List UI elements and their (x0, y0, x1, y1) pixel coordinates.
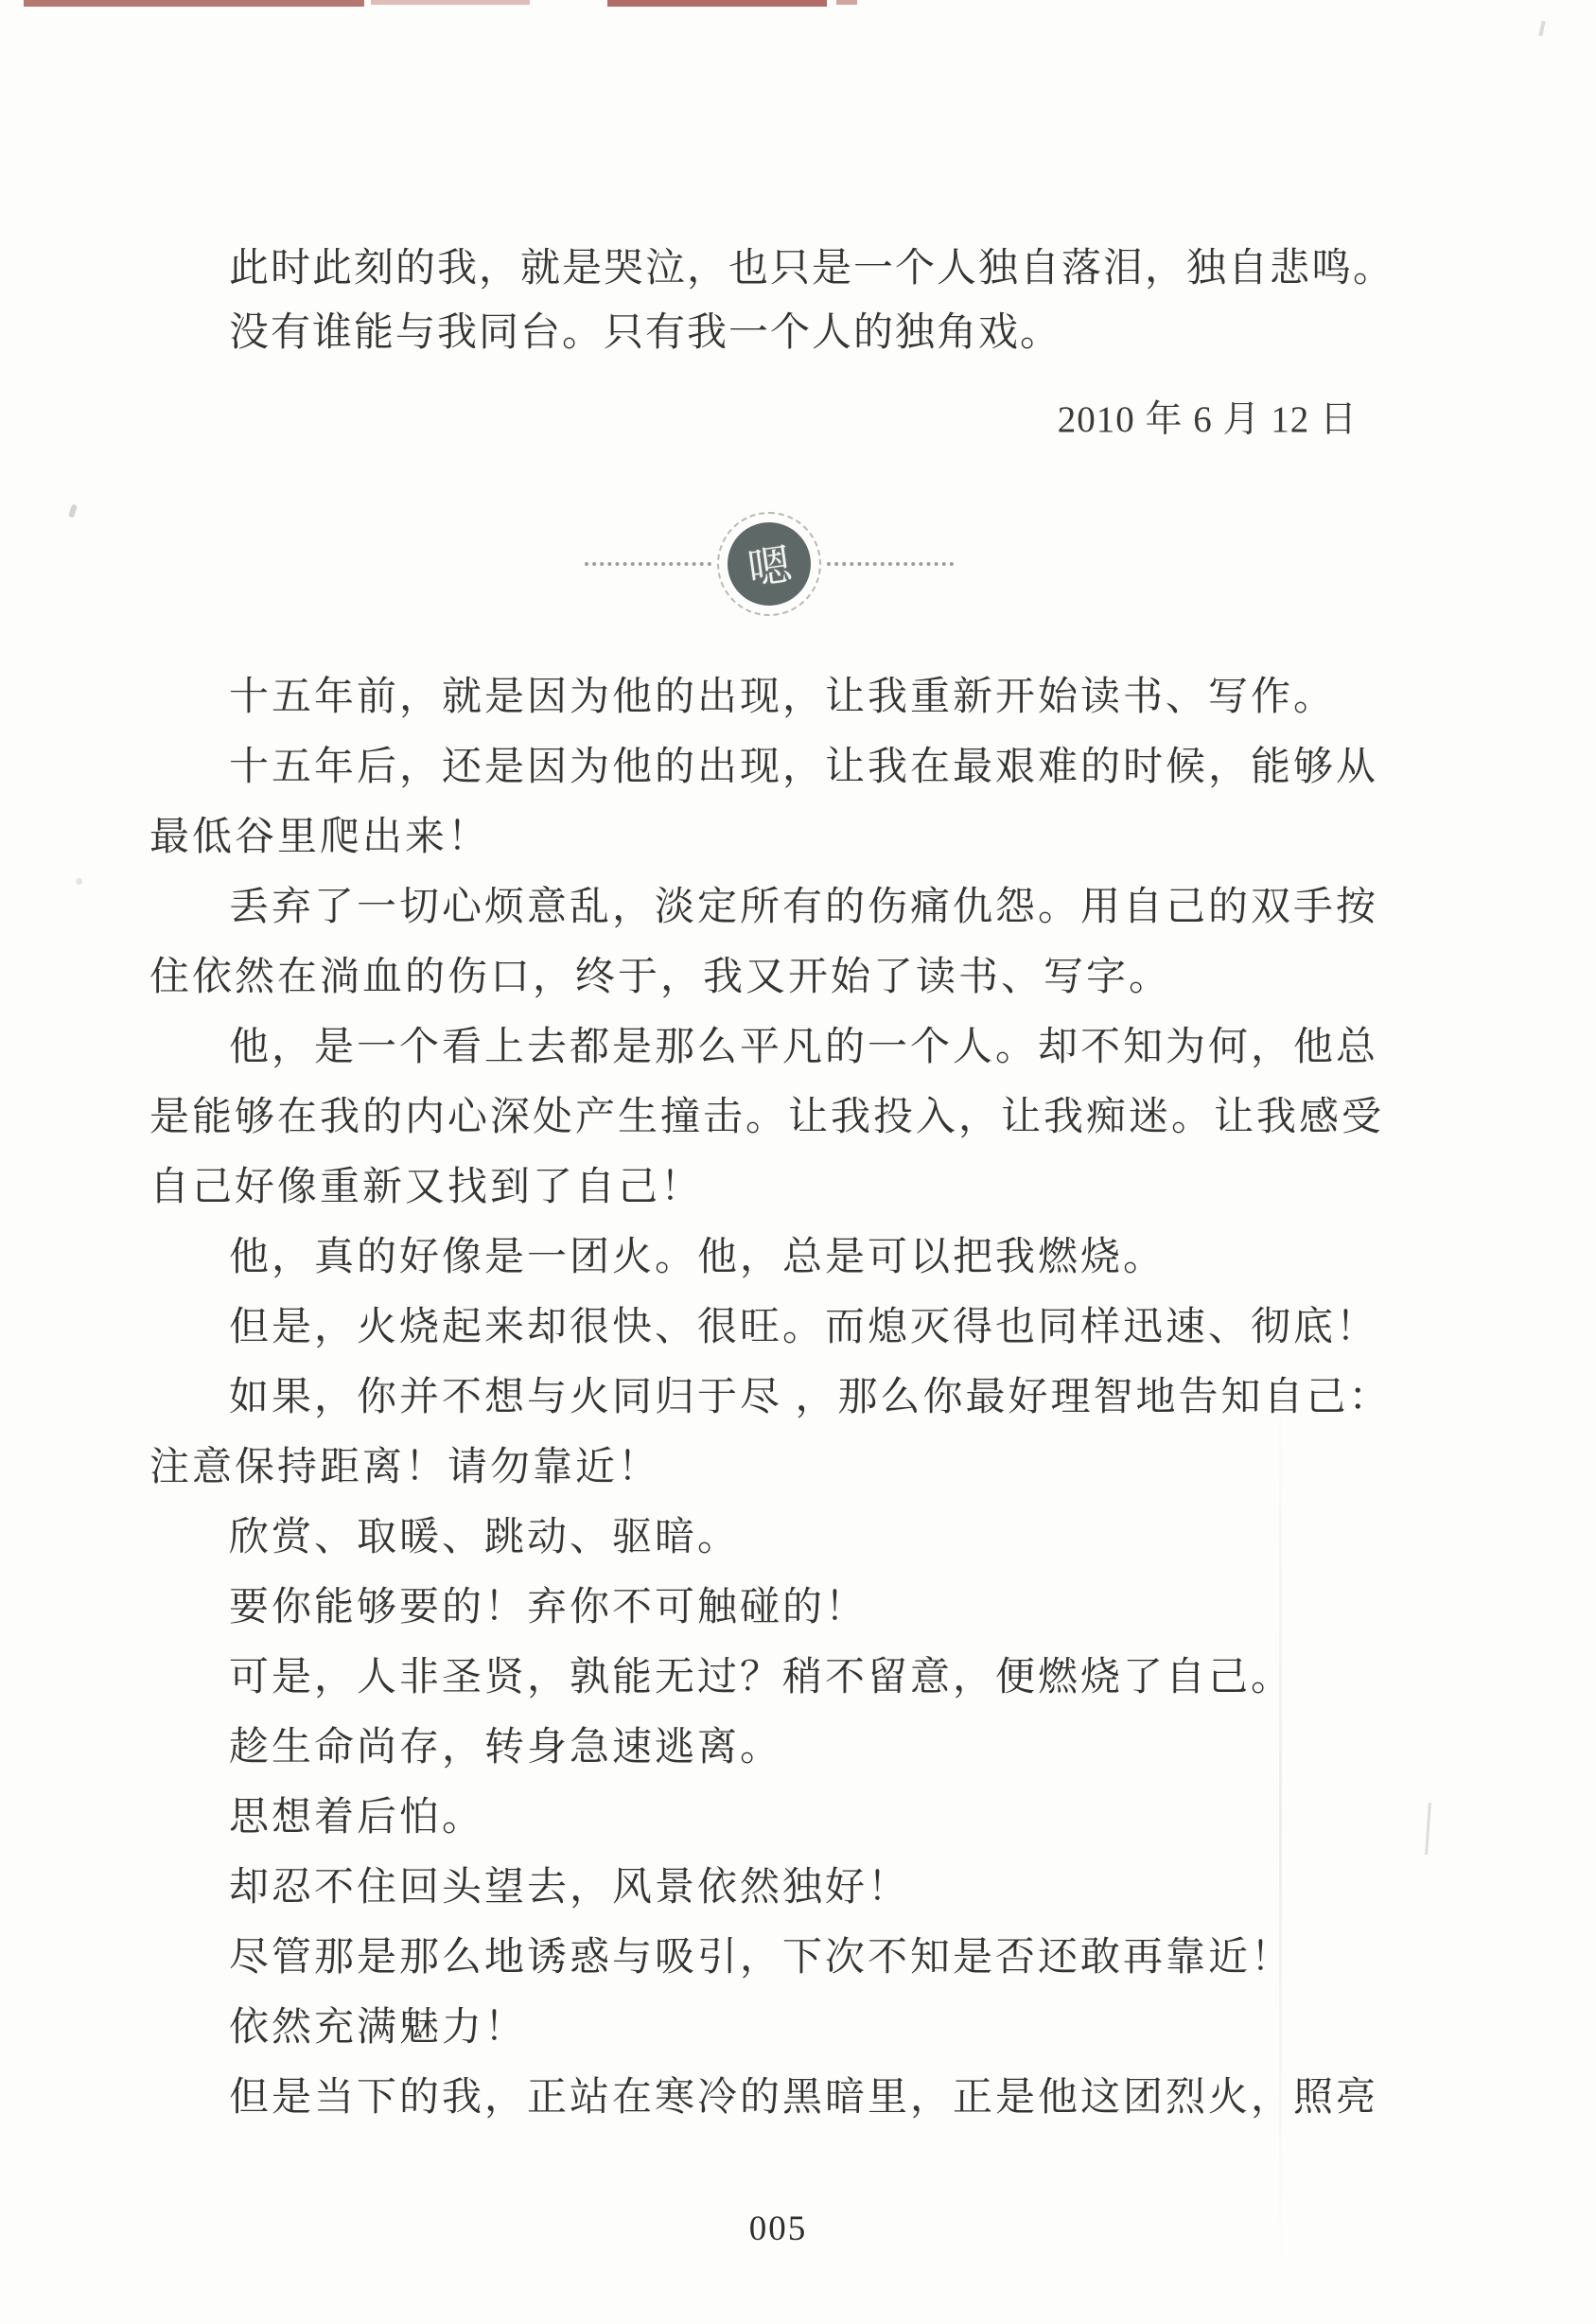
page-number: 005 (0, 2209, 1556, 2249)
scan-artifact (1425, 1803, 1431, 1855)
paragraph-line: 思想着后怕。 (149, 1783, 1384, 1853)
entry-date: 2010 年 6 月 12 日 (1058, 390, 1358, 443)
paragraph-line: 最低谷里爬出来！ (149, 802, 1384, 872)
paragraph-line: 却忍不住回头望去，风景依然独好！ (149, 1853, 1384, 1923)
scan-artifact (24, 0, 364, 7)
paragraph-line: 要你能够要的！弃你不可触碰的！ (149, 1573, 1384, 1643)
paragraph-line: 丢弃了一切心烦意乱，淡定所有的伤痛仇怨。用自己的双手按 (149, 872, 1384, 942)
divider-stamp-ring: 嗯 (717, 512, 821, 616)
paragraph-line: 依然充满魅力！ (149, 1993, 1384, 2063)
paragraph-line: 没有谁能与我同台。只有我一个人的独角戏。 (149, 301, 1379, 365)
paragraph-line: 但是当下的我，正站在寒冷的黑暗里，正是他这团烈火，照亮 (149, 2063, 1384, 2133)
paragraph-line: 尽管那是那么地诱惑与吸引，下次不知是否还敢再靠近！ (149, 1923, 1384, 1993)
paragraph-line: 十五年后，还是因为他的出现，让我在最艰难的时候，能够从 (149, 732, 1384, 802)
paragraph-line: 他，是一个看上去都是那么平凡的一个人。却不知为何，他总 (149, 1012, 1384, 1083)
paragraph-line: 注意保持距离！请勿靠近！ (149, 1433, 1384, 1503)
scan-artifact (607, 0, 827, 7)
paragraph-line: 他，真的好像是一团火。他，总是可以把我燃烧。 (149, 1223, 1384, 1293)
divider-stamp-label: 嗯 (744, 530, 796, 598)
paragraph-line: 如果，你并不想与火同归于尽 ，那么你最好理智地告知自己： (149, 1363, 1384, 1433)
scan-artifact (371, 0, 530, 5)
paragraph-line: 欣赏、取暖、跳动、驱暗。 (149, 1503, 1384, 1573)
divider-stamp-circle: 嗯 (728, 522, 811, 606)
divider-dotted-line (585, 562, 711, 566)
previous-entry-closing: 此时此刻的我，就是哭泣，也只是一个人独自落泪，独自悲鸣。 没有谁能与我同台。只有… (149, 237, 1379, 365)
paragraph-line: 但是，火烧起来却很快、很旺。而熄灭得也同样迅速、彻底！ (149, 1293, 1384, 1363)
paragraph-line: 此时此刻的我，就是哭泣，也只是一个人独自落泪，独自悲鸣。 (149, 237, 1379, 301)
scan-artifact (1538, 21, 1545, 36)
paragraph-line: 十五年前，就是因为他的出现，让我重新开始读书、写作。 (149, 662, 1384, 732)
scanned-book-page: 此时此刻的我，就是哭泣，也只是一个人独自落泪，独自悲鸣。 没有谁能与我同台。只有… (0, 0, 1596, 2324)
scan-artifact (836, 0, 857, 5)
paragraph-line: 住依然在淌血的伤口，终于，我又开始了读书、写字。 (149, 942, 1384, 1012)
paragraph-line: 趁生命尚存，转身急速逃离。 (149, 1713, 1384, 1783)
entry-body: 十五年前，就是因为他的出现，让我重新开始读书、写作。 十五年后，还是因为他的出现… (149, 662, 1384, 2133)
section-divider: 嗯 (585, 507, 954, 621)
paragraph-line: 是能够在我的内心深处产生撞击。让我投入，让我痴迷。让我感受 (149, 1083, 1384, 1153)
scan-artifact (76, 878, 82, 885)
scan-artifact (68, 503, 78, 518)
divider-dotted-line (827, 562, 954, 566)
paragraph-line: 可是，人非圣贤，孰能无过？稍不留意，便燃烧了自己。 (149, 1643, 1384, 1713)
paragraph-line: 自己好像重新又找到了自己！ (149, 1153, 1384, 1223)
